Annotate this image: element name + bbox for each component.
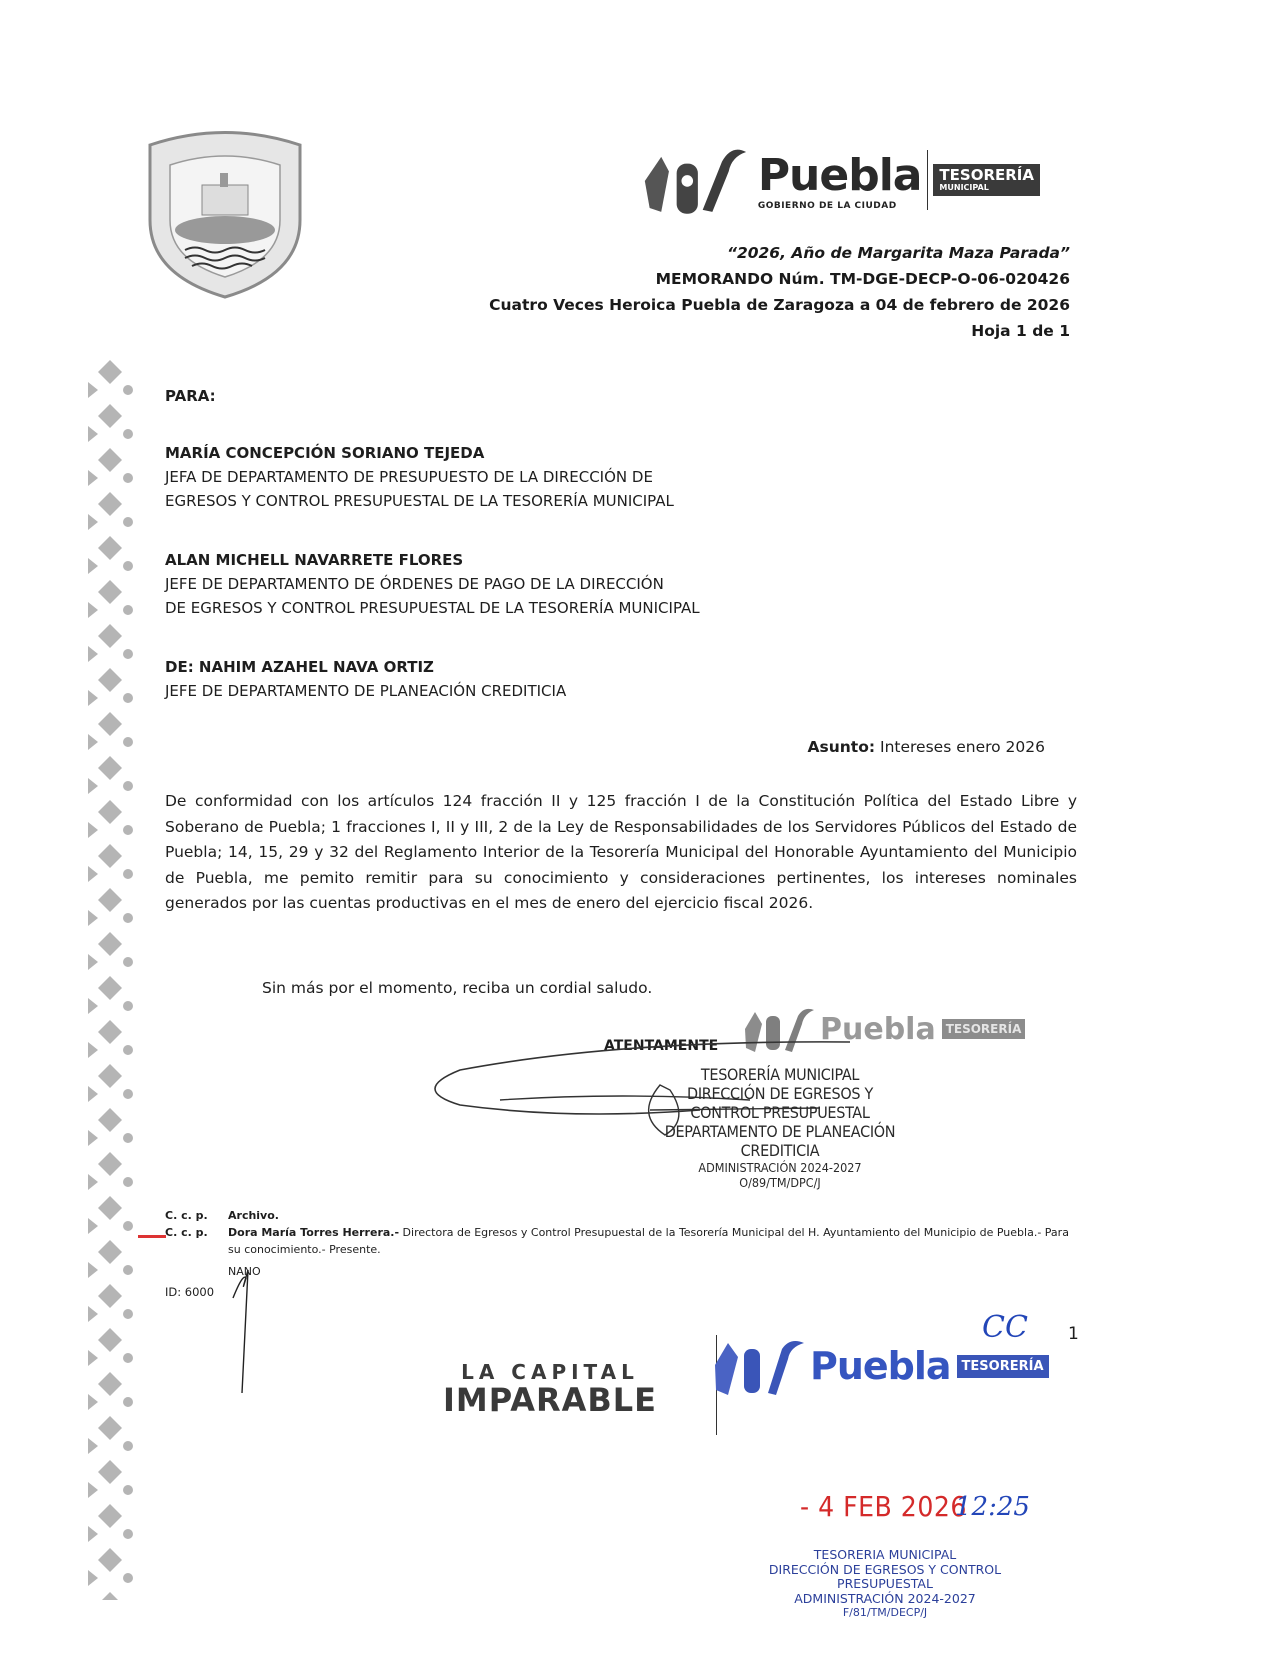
page-indicator: Hoja 1 de 1 bbox=[370, 318, 1070, 344]
received-stamp-line: ADMINISTRACIÓN 2024-2027 bbox=[740, 1592, 1030, 1607]
received-stamp-line: DIRECCIÓN DE EGRESOS Y CONTROL bbox=[740, 1563, 1030, 1578]
received-date: - 4 FEB 2026 bbox=[800, 1490, 967, 1523]
cc-item: C. c. p.Archivo. bbox=[165, 1207, 1085, 1224]
sender-title: JEFE DE DEPARTAMENTO DE PLANEACIÓN CREDI… bbox=[165, 679, 1077, 703]
memo-number: MEMORANDO Núm. TM-DGE-DECP-O-06-020426 bbox=[370, 266, 1070, 292]
page-number: 1 bbox=[1068, 1324, 1079, 1344]
logo-name: Puebla bbox=[758, 150, 922, 201]
cc-name: Dora María Torres Herrera.- bbox=[228, 1226, 399, 1239]
cc-key: C. c. p. bbox=[165, 1207, 228, 1224]
logo-text-group: Puebla GOBIERNO DE LA CIUDAD bbox=[758, 150, 922, 211]
city-crest bbox=[140, 125, 310, 300]
received-stamp-line: F/81/TM/DECP/J bbox=[740, 1606, 1030, 1621]
received-stamp-line: TESORERIA MUNICIPAL bbox=[740, 1548, 1030, 1563]
slogan: LA CAPITAL IMPARABLE bbox=[420, 1360, 680, 1416]
recipient-name: ALAN MICHELL NAVARRETE FLORES bbox=[165, 548, 1077, 572]
slogan-bottom: IMPARABLE bbox=[420, 1384, 680, 1416]
red-mark bbox=[138, 1235, 166, 1238]
recipient-1: MARÍA CONCEPCIÓN SORIANO TEJEDA JEFA DE … bbox=[165, 441, 1077, 513]
closing-line: Sin más por el momento, reciba un cordia… bbox=[262, 979, 652, 997]
subject: Asunto: Intereses enero 2026 bbox=[808, 738, 1045, 756]
received-stamp: TESORERIA MUNICIPAL DIRECCIÓN DE EGRESOS… bbox=[740, 1548, 1030, 1621]
recipient-title-line: JEFA DE DEPARTAMENTO DE PRESUPUESTO DE L… bbox=[165, 465, 1077, 489]
puebla-logo: Puebla GOBIERNO DE LA CIUDAD TESORERÍA M… bbox=[640, 140, 1040, 220]
shield-crest-icon bbox=[140, 125, 310, 300]
stamp-line: CREDITICIA bbox=[580, 1141, 980, 1160]
stamp-admin: ADMINISTRACIÓN 2024-2027 bbox=[580, 1160, 980, 1175]
recipient-title-line: JEFE DE DEPARTAMENTO DE ÓRDENES DE PAGO … bbox=[165, 572, 1077, 596]
place-date: Cuatro Veces Heroica Puebla de Zaragoza … bbox=[370, 292, 1070, 318]
decorative-border bbox=[80, 360, 140, 1600]
received-logo-name: Puebla bbox=[810, 1344, 951, 1388]
cc-body: Dora María Torres Herrera.- Directora de… bbox=[228, 1224, 1085, 1258]
recipient-title-line: DE EGRESOS Y CONTROL PRESUPUESTAL DE LA … bbox=[165, 596, 1077, 620]
document-id: ID: 6000 bbox=[165, 1285, 214, 1299]
recipient-title-line: EGRESOS Y CONTROL PRESUPUESTAL DE LA TES… bbox=[165, 489, 1077, 513]
received-time: 12:25 bbox=[955, 1492, 1030, 1522]
tesoreria-badge: TESORERÍA MUNICIPAL bbox=[933, 164, 1040, 196]
cc-list: C. c. p.Archivo. C. c. p. Dora María Tor… bbox=[165, 1207, 1085, 1258]
year-motto: “2026, Año de Margarita Maza Parada” bbox=[370, 240, 1070, 266]
sender-name: DE: NAHIM AZAHEL NAVA ORTIZ bbox=[165, 655, 1077, 679]
diamond-pattern-icon bbox=[80, 360, 140, 1600]
body-paragraph: De conformidad con los artículos 124 fra… bbox=[165, 789, 1077, 917]
stamp-line: DIRECCIÓN DE EGRESOS Y bbox=[580, 1084, 980, 1103]
city-emblem-icon bbox=[640, 141, 754, 219]
recipients-label: PARA: bbox=[165, 387, 1077, 405]
received-badge: TESORERÍA bbox=[957, 1355, 1049, 1378]
department-stamp: TESORERÍA MUNICIPAL DIRECCIÓN DE EGRESOS… bbox=[580, 1065, 980, 1190]
stamp-line: TESORERÍA MUNICIPAL bbox=[580, 1065, 980, 1084]
sender: DE: NAHIM AZAHEL NAVA ORTIZ JEFE DE DEPA… bbox=[165, 655, 1077, 703]
stamp-line: CONTROL PRESUPUESTAL bbox=[580, 1103, 980, 1122]
stamp-line: DEPARTAMENTO DE PLANEACIÓN bbox=[580, 1122, 980, 1141]
recipient-2: ALAN MICHELL NAVARRETE FLORES JEFE DE DE… bbox=[165, 548, 1077, 620]
logo-subtitle: GOBIERNO DE LA CIUDAD bbox=[758, 201, 922, 211]
recipient-name: MARÍA CONCEPCIÓN SORIANO TEJEDA bbox=[165, 441, 1077, 465]
memo-header: “2026, Año de Margarita Maza Parada” MEM… bbox=[370, 240, 1070, 344]
subject-label: Asunto: bbox=[808, 738, 876, 756]
logo-divider bbox=[927, 150, 929, 210]
received-stamp-line: PRESUPUESTAL bbox=[740, 1577, 1030, 1592]
cc-item: C. c. p. Dora María Torres Herrera.- Dir… bbox=[165, 1224, 1085, 1258]
handwritten-initials: CC bbox=[982, 1310, 1028, 1345]
stamp-code: O/89/TM/DPC/J bbox=[580, 1175, 980, 1190]
badge-subtitle: MUNICIPAL bbox=[939, 183, 1034, 192]
cc-key: C. c. p. bbox=[165, 1224, 228, 1258]
city-emblem-icon bbox=[710, 1335, 810, 1397]
initials-signature-icon bbox=[228, 1268, 258, 1398]
badge-title: TESORERÍA bbox=[939, 166, 1034, 184]
subject-value: Intereses enero 2026 bbox=[880, 738, 1045, 756]
cc-text: Archivo. bbox=[228, 1209, 279, 1222]
